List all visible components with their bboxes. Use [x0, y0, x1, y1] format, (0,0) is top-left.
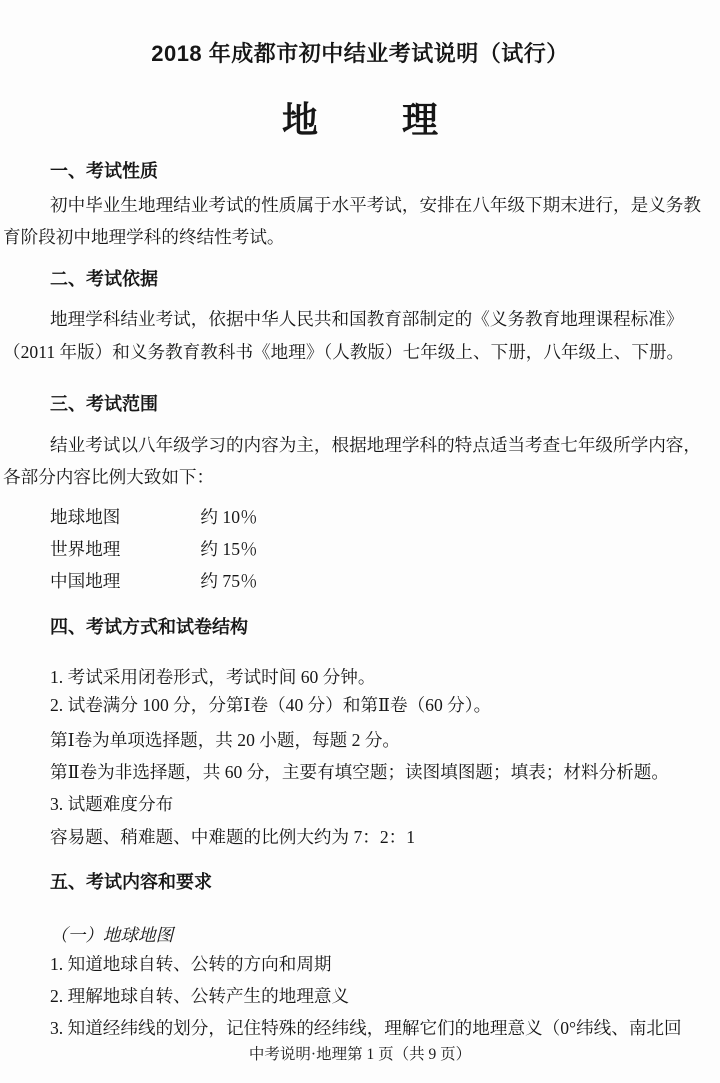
subject-char-left: 地: [282, 98, 318, 141]
section-3-paragraph-line-2: 各部分内容比例大致如下：: [3, 467, 214, 488]
ratio-row: 地球地图 约 10％: [50, 507, 258, 528]
section-5-item-3: 3. 知道经纬线的划分，记住特殊的经纬线，理解它们的地理意义（0°纬线、南北回: [50, 1018, 682, 1039]
section-3-paragraph-line-1: 结业考试以八年级学习的内容为主，根据地理学科的特点适当考查七年级所学内容，: [50, 435, 701, 456]
section-4-line-6: 容易题、稍难题、中难题的比例大约为 7：2：1: [50, 827, 415, 848]
subject-char-right: 理: [402, 98, 438, 141]
ratio-row: 世界地理 约 15％: [50, 539, 258, 560]
ratio-label: 世界地理: [50, 539, 196, 560]
section-5-heading: 五、考试内容和要求: [50, 872, 212, 894]
section-4-line-4: 第Ⅱ卷为非选择题，共 60 分，主要有填空题；读图填图题；填表；材料分析题。: [50, 762, 669, 783]
document-page: 2018 年成都市初中结业考试说明（试行） 地 理 一、考试性质 初中毕业生地理…: [0, 0, 720, 1083]
section-2-paragraph-line-2: （2011 年版）和义务教育教科书《地理》（人教版）七年级上、下册，八年级上、下…: [3, 342, 684, 363]
ratio-value: 约 10％: [200, 507, 257, 527]
ratio-row: 中国地理 约 75％: [50, 571, 258, 592]
section-2-heading: 二、考试依据: [50, 269, 158, 291]
section-5-item-2: 2. 理解地球自转、公转产生的地理意义: [50, 986, 349, 1007]
ratio-value: 约 15％: [200, 539, 257, 559]
section-1-heading: 一、考试性质: [50, 161, 158, 183]
section-3-heading: 三、考试范围: [50, 394, 158, 416]
subject-title: 地 理: [0, 98, 720, 141]
section-5-subheading: （一）地球地图: [50, 925, 173, 946]
ratio-value: 约 75％: [200, 571, 257, 591]
section-5-item-1: 1. 知道地球自转、公转的方向和周期: [50, 954, 332, 975]
ratio-label: 地球地图: [50, 507, 196, 528]
section-4-line-3: 第Ⅰ卷为单项选择题，共 20 小题，每题 2 分。: [50, 730, 400, 751]
section-4-line-5: 3. 试题难度分布: [50, 794, 173, 815]
page-footer: 中考说明·地理第 1 页（共 9 页）: [0, 1046, 720, 1065]
section-1-paragraph-line-1: 初中毕业生地理结业考试的性质属于水平考试，安排在八年级下期末进行，是义务教: [50, 195, 701, 216]
section-4-line-2: 2. 试卷满分 100 分，分第Ⅰ卷（40 分）和第Ⅱ卷（60 分）。: [50, 695, 491, 716]
ratio-label: 中国地理: [50, 571, 196, 592]
section-2-paragraph-line-1: 地理学科结业考试，依据中华人民共和国教育部制定的《义务教育地理课程标准》: [50, 309, 683, 330]
section-4-line-1: 1. 考试采用闭卷形式，考试时间 60 分钟。: [50, 667, 376, 688]
section-4-heading: 四、考试方式和试卷结构: [50, 617, 248, 639]
section-1-paragraph-line-2: 育阶段初中地理学科的终结性考试。: [3, 227, 285, 248]
page-title: 2018 年成都市初中结业考试说明（试行）: [0, 41, 720, 67]
